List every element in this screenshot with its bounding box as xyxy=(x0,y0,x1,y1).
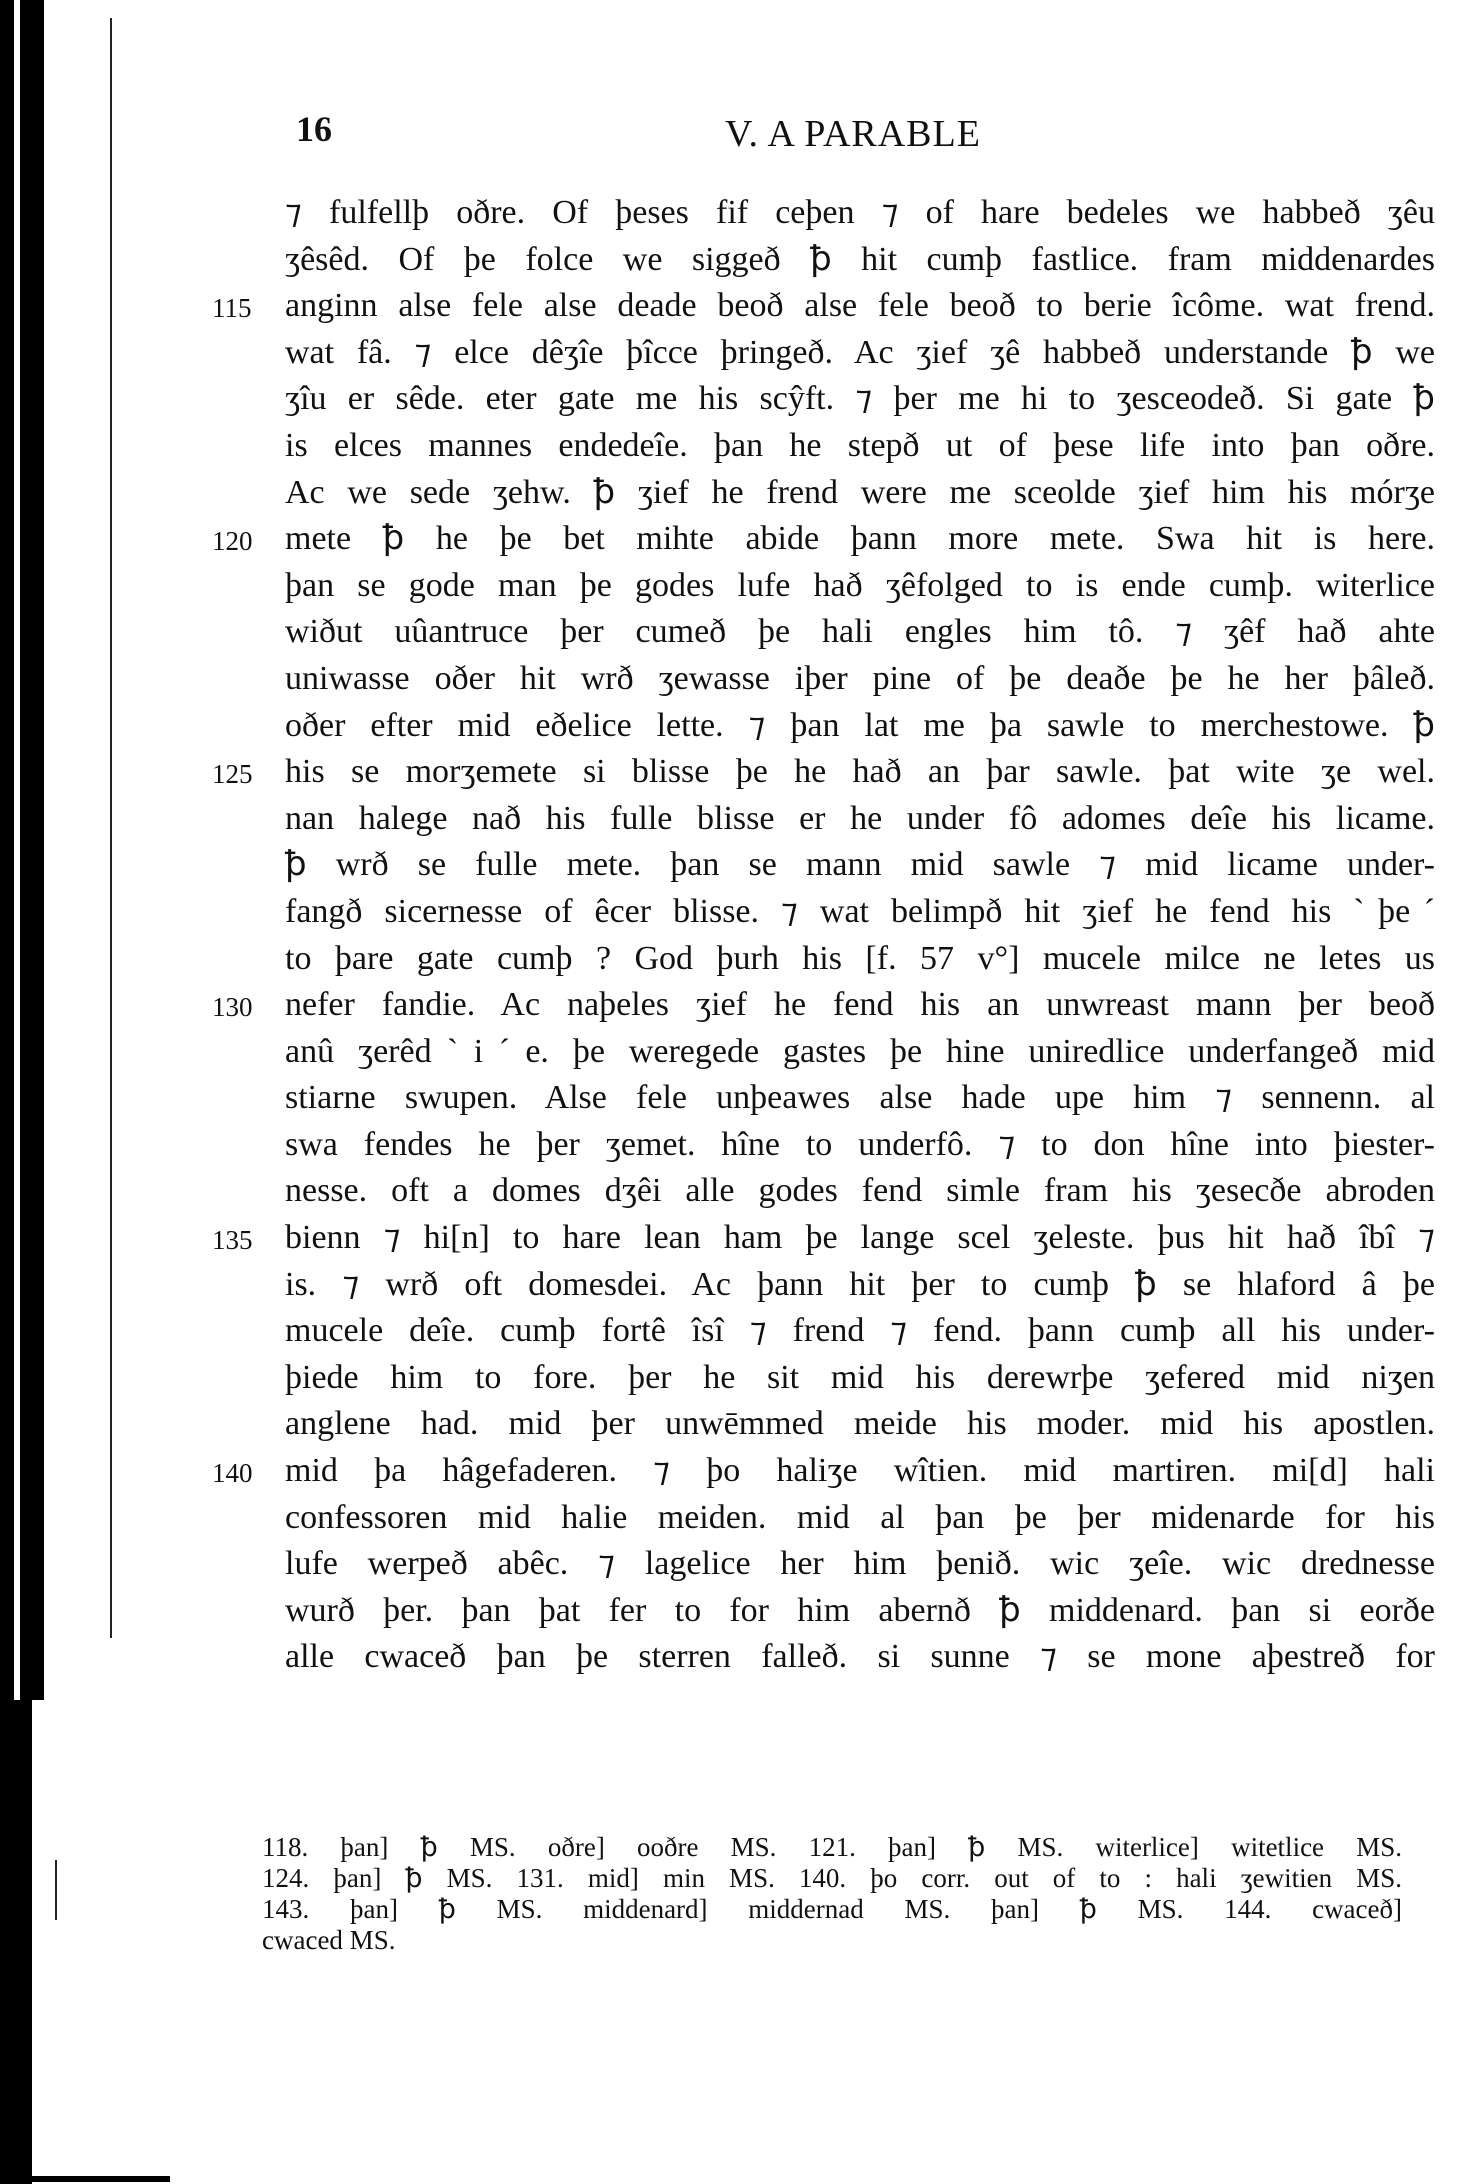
text-line: fangð sicernesse of êcer blisse. ⁊ wat b… xyxy=(250,889,1435,936)
text-line: alle cwaceð þan þe sterren falleð. si su… xyxy=(250,1634,1435,1681)
running-head: V. A PARABLE xyxy=(725,112,981,156)
line-text: is elces mannes endedeîe. þan he stepð u… xyxy=(285,423,1435,470)
page-bottom-edge xyxy=(0,2176,170,2182)
line-number: 115 xyxy=(212,285,278,332)
line-text: þan se gode man þe godes lufe hað ʒêfolg… xyxy=(285,563,1435,610)
book-spine-shadow-lower xyxy=(14,1700,32,2184)
line-text: alle cwaceð þan þe sterren falleð. si su… xyxy=(285,1634,1435,1681)
text-line: swa fendes he þer ʒemet. hîne to underfô… xyxy=(250,1122,1435,1169)
text-line: lufe werpeð abêc. ⁊ lagelice her him þen… xyxy=(250,1541,1435,1588)
line-number: 125 xyxy=(212,751,278,798)
line-text: mid þa hâgefaderen. ⁊ þo haliʒe wîtien. … xyxy=(285,1448,1435,1495)
text-line: mucele deîe. cumþ fortê îsî ⁊ frend ⁊ fe… xyxy=(250,1308,1435,1355)
line-text: þiede him to fore. þer he sit mid his de… xyxy=(285,1355,1435,1402)
line-text: his se morʒemete si blisse þe he hað an … xyxy=(285,749,1435,796)
book-spine-shadow xyxy=(0,0,14,2184)
line-text: ꝥ wrð se fulle mete. þan se mann mid saw… xyxy=(285,842,1435,889)
line-text: ʒêsêd. Of þe folce we siggeð ꝥ hit cumþ … xyxy=(285,237,1435,284)
gutter-mark xyxy=(55,1860,57,1920)
line-text: wurð þer. þan þat fer to for him abernð … xyxy=(285,1588,1435,1635)
text-line: ⁊ fulfellþ oðre. Of þeses fif ceþen ⁊ of… xyxy=(250,190,1435,237)
footnote-line: cwaced MS. xyxy=(262,1925,1402,1956)
text-line: anû ʒerêdˋiˊe. þe weregede gastes þe hin… xyxy=(250,1029,1435,1076)
text-line: 135bienn ⁊ hi[n] to hare lean ham þe lan… xyxy=(250,1215,1435,1262)
line-text: swa fendes he þer ʒemet. hîne to underfô… xyxy=(285,1122,1435,1169)
text-line: is elces mannes endedeîe. þan he stepð u… xyxy=(250,423,1435,470)
line-text: oðer efter mid eðelice lette. ⁊ þan lat … xyxy=(285,703,1435,750)
line-text: nefer fandie. Ac naþeles ʒief he fend hi… xyxy=(285,982,1435,1029)
line-text: wat fâ. ⁊ elce dêʒîe þîcce þringeð. Ac ʒ… xyxy=(285,330,1435,377)
line-number: 135 xyxy=(212,1217,278,1264)
page-number: 16 xyxy=(296,108,332,150)
text-line: anglene had. mid þer unwēmmed meide his … xyxy=(250,1401,1435,1448)
text-line: Ac we sede ʒehw. ꝥ ʒief he frend were me… xyxy=(250,470,1435,517)
line-text: wiðut uûantruce þer cumeð þe hali engles… xyxy=(285,609,1435,656)
footnote-line: 143. þan] ꝥ MS. middenard] middernad MS.… xyxy=(262,1894,1402,1925)
footnote-line: 124. þan] ꝥ MS. 131. mid] min MS. 140. þ… xyxy=(262,1863,1402,1894)
text-line: wurð þer. þan þat fer to for him abernð … xyxy=(250,1588,1435,1635)
line-number: 130 xyxy=(212,984,278,1031)
text-line: confessoren mid halie meiden. mid al þan… xyxy=(250,1495,1435,1542)
line-text: nesse. oft a domes dʒêi alle godes fend … xyxy=(285,1168,1435,1215)
text-line: is. ⁊ wrð oft domesdei. Ac þann hit þer … xyxy=(250,1262,1435,1309)
line-text: lufe werpeð abêc. ⁊ lagelice her him þen… xyxy=(285,1541,1435,1588)
text-line: oðer efter mid eðelice lette. ⁊ þan lat … xyxy=(250,703,1435,750)
text-line: 130nefer fandie. Ac naþeles ʒief he fend… xyxy=(250,982,1435,1029)
line-text: confessoren mid halie meiden. mid al þan… xyxy=(285,1495,1435,1542)
text-line: 115anginn alse fele alse deade beoð alse… xyxy=(250,283,1435,330)
line-text: is. ⁊ wrð oft domesdei. Ac þann hit þer … xyxy=(285,1262,1435,1309)
text-line: ʒêsêd. Of þe folce we siggeð ꝥ hit cumþ … xyxy=(250,237,1435,284)
text-line: þiede him to fore. þer he sit mid his de… xyxy=(250,1355,1435,1402)
line-text: bienn ⁊ hi[n] to hare lean ham þe lange … xyxy=(285,1215,1435,1262)
line-text: mete ꝥ he þe bet mihte abide þann more m… xyxy=(285,516,1435,563)
line-text: fangð sicernesse of êcer blisse. ⁊ wat b… xyxy=(285,889,1435,936)
line-text: to þare gate cumþ ? God þurh his [f. 57 … xyxy=(285,936,1435,983)
text-line: 120mete ꝥ he þe bet mihte abide þann mor… xyxy=(250,516,1435,563)
line-text: stiarne swupen. Alse fele unþeawes alse … xyxy=(285,1075,1435,1122)
text-line: nan halege nað his fulle blisse er he un… xyxy=(250,796,1435,843)
text-line: 140mid þa hâgefaderen. ⁊ þo haliʒe wîtie… xyxy=(250,1448,1435,1495)
line-text: ʒîu er sêde. eter gate me his scŷft. ⁊ þ… xyxy=(285,376,1435,423)
line-text: uniwasse oðer hit wrð ʒewasse iþer pine … xyxy=(285,656,1435,703)
text-line: 125his se morʒemete si blisse þe he hað … xyxy=(250,749,1435,796)
body-text: ⁊ fulfellþ oðre. Of þeses fif ceþen ⁊ of… xyxy=(250,190,1450,1681)
line-text: anglene had. mid þer unwēmmed meide his … xyxy=(285,1401,1435,1448)
footnotes: 118. þan] ꝥ MS. oðre] ooðre MS. 121. þan… xyxy=(262,1832,1402,1956)
text-line: to þare gate cumþ ? God þurh his [f. 57 … xyxy=(250,936,1435,983)
text-line: stiarne swupen. Alse fele unþeawes alse … xyxy=(250,1075,1435,1122)
line-text: anû ʒerêdˋiˊe. þe weregede gastes þe hin… xyxy=(285,1029,1435,1076)
line-number: 120 xyxy=(212,518,278,565)
text-line: uniwasse oðer hit wrð ʒewasse iþer pine … xyxy=(250,656,1435,703)
footnote-line: 118. þan] ꝥ MS. oðre] ooðre MS. 121. þan… xyxy=(262,1832,1402,1863)
line-text: mucele deîe. cumþ fortê îsî ⁊ frend ⁊ fe… xyxy=(285,1308,1435,1355)
gutter-line xyxy=(110,18,112,1638)
line-text: ⁊ fulfellþ oðre. Of þeses fif ceþen ⁊ of… xyxy=(285,190,1435,237)
line-text: anginn alse fele alse deade beoð alse fe… xyxy=(285,283,1435,330)
text-line: nesse. oft a domes dʒêi alle godes fend … xyxy=(250,1168,1435,1215)
text-line: wat fâ. ⁊ elce dêʒîe þîcce þringeð. Ac ʒ… xyxy=(250,330,1435,377)
text-line: ʒîu er sêde. eter gate me his scŷft. ⁊ þ… xyxy=(250,376,1435,423)
text-line: ꝥ wrð se fulle mete. þan se mann mid saw… xyxy=(250,842,1435,889)
text-line: wiðut uûantruce þer cumeð þe hali engles… xyxy=(250,609,1435,656)
book-spine-shadow-inner xyxy=(20,0,44,1700)
line-text: Ac we sede ʒehw. ꝥ ʒief he frend were me… xyxy=(285,470,1435,517)
text-line: þan se gode man þe godes lufe hað ʒêfolg… xyxy=(250,563,1435,610)
line-text: nan halege nað his fulle blisse er he un… xyxy=(285,796,1435,843)
line-number: 140 xyxy=(212,1450,278,1497)
